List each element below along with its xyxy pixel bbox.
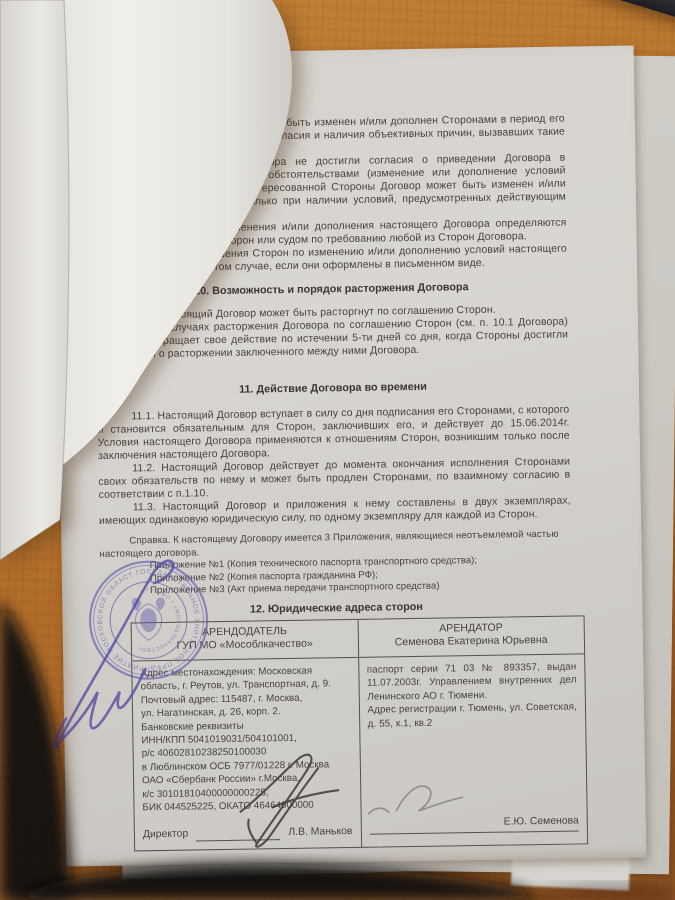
tenant-header: АРЕНДАТОР Семенова Екатерина Юрьевна — [358, 616, 584, 658]
tenant-name: Семенова Екатерина Юрьевна — [362, 634, 580, 651]
tenant-passport: паспорт серии 71 03 № 893357, выдан 11.0… — [367, 660, 577, 704]
photo-scene: 9.1. Настоящий Договор может быть измене… — [0, 0, 675, 900]
tenant-sign-name: Е.Ю. Семенова — [504, 815, 579, 830]
tenant-address: Адрес регистрации г. Тюмень, ул. Советск… — [367, 701, 577, 731]
flipped-page-edge-strip — [0, 0, 69, 560]
tenant-signature — [362, 776, 473, 824]
flipped-page — [0, 0, 310, 900]
